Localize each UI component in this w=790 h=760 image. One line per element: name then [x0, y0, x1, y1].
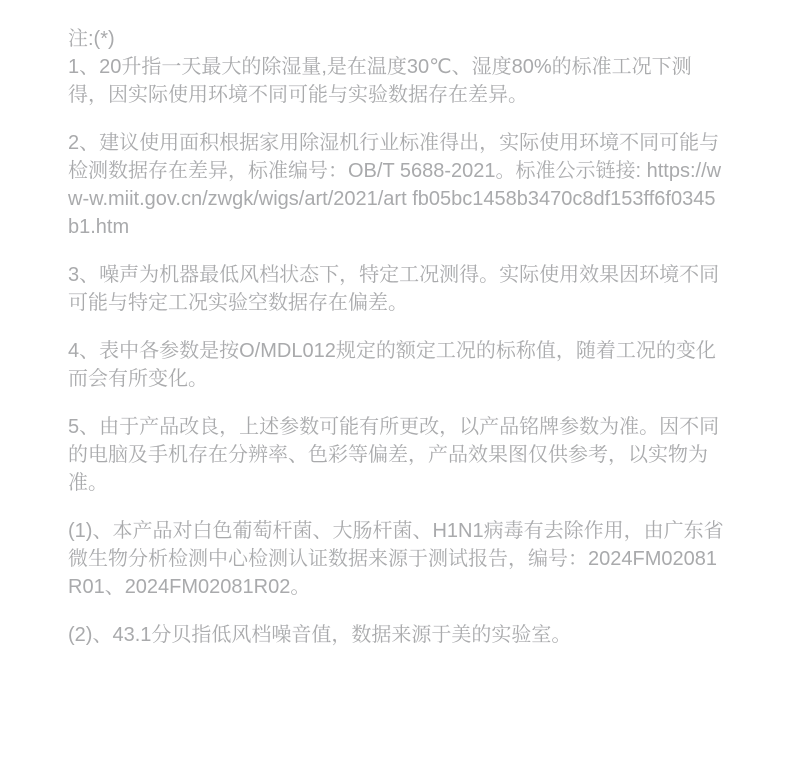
note-paragraph-5: 5、由于产品改良，上述参数可能有所更改，以产品铭牌参数为准。因不同的电脑及手机存…	[68, 413, 726, 497]
note-paragraph-6: (1)、本产品对白色葡萄杆菌、大肠杆菌、H1N1病毒有去除作用，由广东省微生物分…	[68, 517, 726, 601]
note-paragraph-7: (2)、43.1分贝指低风档噪音值，数据来源于美的实验室。	[68, 621, 726, 649]
note-paragraph-2: 2、建议使用面积根据家用除湿机行业标准得出，实际使用环境不同可能与检测数据存在差…	[68, 129, 726, 241]
note-paragraph-3: 3、噪声为机器最低风档状态下，特定工况测得。实际使用效果因环境不同可能与特定工况…	[68, 261, 726, 317]
note-paragraph-1: 1、20升指一天最大的除湿量,是在温度30℃、湿度80%的标准工况下测得，因实际…	[68, 53, 726, 109]
notes-section: 注:(*) 1、20升指一天最大的除湿量,是在温度30℃、湿度80%的标准工况下…	[0, 0, 790, 649]
note-paragraph-4: 4、表中各参数是按O/MDL012规定的额定工况的标称值，随着工况的变化而会有所…	[68, 337, 726, 393]
notes-header: 注:(*)	[68, 25, 726, 53]
